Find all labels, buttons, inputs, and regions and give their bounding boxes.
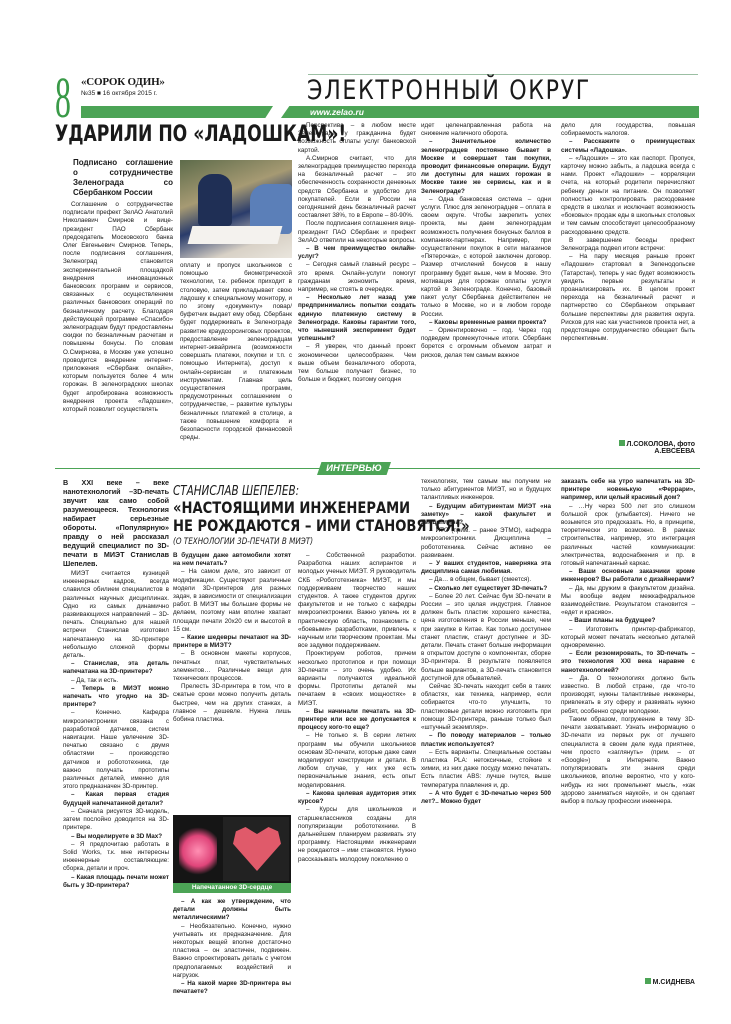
article2-text: Сейчас 3D-печать находит себя в таких об… bbox=[421, 683, 551, 732]
article2-question: – У ваших студентов, наверняка эта дисци… bbox=[421, 560, 551, 575]
article2-question: – Вы начинали печатать на 3D-принтере ил… bbox=[298, 708, 416, 731]
article2-question: – Теперь в МИЭТ можно напечать что угодн… bbox=[63, 685, 169, 708]
site-url[interactable]: www.zelao.ru bbox=[310, 106, 364, 118]
article1-text: Перспектива – в любом месте Зеленограда … bbox=[298, 122, 416, 155]
article2-text: – На самом деле, это зависит от модифика… bbox=[173, 568, 291, 634]
article2-text: Проектируем роботов, причем несколько пр… bbox=[298, 650, 416, 707]
interviewee-name: СТАНИСЛАВ ШЕПЕЛЕВ: bbox=[173, 484, 299, 499]
article2-column-3: – Собственной разработки. Разработка наш… bbox=[298, 552, 416, 1014]
article2-column-2-bottom: – А как же утверждение, что детали должн… bbox=[173, 898, 291, 1014]
article2-subheadline: (О ТЕХНОЛОГИИ 3D-ПЕЧАТИ В МИЭТ) bbox=[173, 537, 313, 547]
rubric-badge: ИНТЕРВЬЮ bbox=[317, 462, 391, 475]
masthead: «СОРОК ОДИН» №35 ■ 16 октября 2015 г. bbox=[81, 76, 165, 97]
article2-question: заказать себе на утро напечатать на 3D-п… bbox=[561, 478, 695, 501]
article2-text: – Да, так и есть. bbox=[63, 677, 169, 685]
article1-text: – На пару месяцев раньше проект «Ладошки… bbox=[561, 253, 695, 343]
article1-byline: Л.СОКОЛОВА, фото А.ЕВСЕЕВА bbox=[595, 440, 695, 455]
article1-text: оплату и пропуск школьников с помощью би… bbox=[180, 262, 292, 442]
article2-question: – Если резюмировать, то 3D-печать – это … bbox=[561, 650, 695, 673]
article1-text: – Ориентировочно – год. Через год подвед… bbox=[421, 327, 551, 360]
article2-text: технологиях, тем самым мы получим не тол… bbox=[421, 478, 551, 503]
article1-text: А.Смирнов считает, что для зеленоградцев… bbox=[298, 155, 416, 221]
photo-caption: Напечатанное 3D-сердце bbox=[173, 883, 291, 893]
article2-text: – Да. О технологиях должно быть известно… bbox=[561, 675, 695, 716]
photo-person-left bbox=[198, 174, 232, 226]
page-number: 8 bbox=[55, 70, 71, 126]
byline-square-icon bbox=[619, 440, 625, 446]
article2-question: – Ваши планы на будущее? bbox=[569, 617, 655, 624]
article2-question: – Какая площадь печати может быть у 3D-п… bbox=[63, 874, 169, 889]
article1-text: В завершение беседы префект Зеленограда … bbox=[561, 237, 695, 253]
article2-text: – ИТС (прим. – ранее ЭТМО), кафедра микр… bbox=[421, 527, 551, 560]
article2-text: – Да, мы дружим в факультетом дизайна. М… bbox=[561, 585, 695, 618]
article2-text: – В основном макеты корпусов, печатных п… bbox=[173, 650, 291, 683]
article1-text: – «Ладошки» – это как паспорт. Пропуск, … bbox=[561, 155, 695, 237]
byline-text: Л.СОКОЛОВА, фото А.ЕВСЕЕВА bbox=[627, 441, 695, 455]
issue-date: №35 ■ 16 октября 2015 г. bbox=[81, 90, 165, 97]
article2-question: – Вы моделируете в 3D Max? bbox=[71, 833, 162, 840]
article1-column-1: Подписано соглашение о сотрудничестве Зе… bbox=[63, 158, 173, 468]
article1-question: – Каковы временные рамки проекта? bbox=[429, 319, 546, 326]
article2-question: – А как же утверждение, что детали должн… bbox=[173, 898, 291, 921]
article2-question: – Какая первая стадия будущей напечатанн… bbox=[63, 791, 169, 806]
article1-text: Соглашение о сотрудничестве подписали пр… bbox=[63, 201, 173, 414]
printed-part-left bbox=[179, 823, 217, 879]
byline-square-icon bbox=[645, 978, 651, 984]
article1-column-3: Перспектива – в любом месте Зеленограда … bbox=[298, 122, 416, 467]
article1-text: дело для государства, повышая собираемос… bbox=[561, 122, 695, 138]
article2-text: – Курсы для школьников и старшекласснико… bbox=[298, 806, 416, 863]
article1-column-4: идет целенаправленная работа на снижение… bbox=[421, 122, 551, 467]
article2-question: – Будущим абитуриентам МИЭТ «на заметку»… bbox=[421, 503, 551, 526]
article2-text: – Необязательно. Конечно, нужно учитыват… bbox=[173, 923, 291, 980]
article1-column-5: дело для государства, повышая собираемос… bbox=[561, 122, 695, 440]
article2-text: – Изготовить принтер-фабрикатор, который… bbox=[561, 626, 695, 651]
article1-question: – Несколько лет назад уже предпринималис… bbox=[298, 294, 416, 342]
header-green-bar-left bbox=[81, 106, 273, 118]
article2-column-5: заказать себе на утро напечатать на 3D-п… bbox=[561, 478, 695, 976]
photo-documents bbox=[188, 226, 283, 244]
signing-photo bbox=[180, 160, 292, 258]
newspaper-page: 8 «СОРОК ОДИН» №35 ■ 16 октября 2015 г. … bbox=[55, 70, 700, 1020]
article2-lead: В XXI веке – веке нанотехнологий –3D-печ… bbox=[63, 478, 169, 568]
article2-text: – …Ну через 500 лет это слишком большой … bbox=[561, 503, 695, 569]
article2-question: – Станислав, эта деталь напечатана на 3D… bbox=[63, 660, 169, 675]
article1-text: идет целенаправленная работа на снижение… bbox=[421, 122, 551, 138]
article1-lead: Подписано соглашение о сотрудничестве Зе… bbox=[63, 158, 173, 198]
article2-text: – Собственной разработки. Разработка наш… bbox=[298, 552, 416, 650]
article2-question: – На какой марке 3D-принтера вы печатает… bbox=[173, 980, 291, 995]
article2-text: – Да… в общем, бывает (смеется). bbox=[421, 576, 551, 584]
article2-question: – Ваши основные заказчики кроме инженеро… bbox=[561, 568, 695, 583]
article2-text: – Есть варианты. Специальные составы пла… bbox=[421, 749, 551, 790]
paper-name: «СОРОК ОДИН» bbox=[81, 76, 165, 88]
article1-question: – Значительное количество зеленоградцев … bbox=[421, 138, 551, 194]
article2-text: – Конечно. Кафедра микроэлектроники связ… bbox=[63, 709, 169, 791]
article2-column-4: технологиях, тем самым мы получим не тол… bbox=[421, 478, 551, 1014]
article2-text: – Сначала рисуется 3D-модель, затем посл… bbox=[63, 808, 169, 833]
article1-question: – В чем преимущество онлайн-услуг? bbox=[298, 245, 416, 260]
article1-text: – Я уверен, что данный проект экономичес… bbox=[298, 343, 416, 384]
article2-text: Таким образом, погружение в тему 3D-печа… bbox=[561, 716, 695, 806]
article2-text: – Более 20 лет. Сейчас бум 3D-печати в Р… bbox=[421, 593, 551, 683]
article1-text: После подписания соглашения вице-президе… bbox=[298, 220, 416, 245]
article1-column-2: оплату и пропуск школьников с помощью би… bbox=[180, 262, 292, 467]
article2-question: – Сколько лет существует 3D-печать? bbox=[429, 585, 547, 592]
article1-text: – Сегодня самый главный ресурс – это вре… bbox=[298, 261, 416, 294]
article2-text: – Я предпочитаю работать в Solid Works, … bbox=[63, 841, 169, 874]
article2-column-1: В XXI веке – веке нанотехнологий –3D-печ… bbox=[63, 478, 169, 1014]
article2-text: Прелесть 3D-принтера в том, что в сжатые… bbox=[173, 683, 291, 724]
article1-text: – Одна банковская система – одни услуги.… bbox=[421, 196, 551, 319]
article2-column-2-top: В будущем даже автомобили хотят на нем п… bbox=[173, 552, 291, 814]
heart-3d-photo bbox=[173, 815, 291, 883]
article2-question: – Какие шедевры печатают на 3D-принтере … bbox=[173, 634, 291, 649]
article2-question: – Какова целевая аудитория этих курсов? bbox=[298, 790, 416, 805]
section-title: ЭЛЕКТРОННЫЙ ОКРУГ bbox=[307, 76, 591, 106]
byline-text: М.СИДНЕВА bbox=[653, 979, 695, 986]
article2-text: МИЭТ считается кузницей инженерных кадро… bbox=[63, 570, 169, 660]
article2-question: – По поводу материалов – только пластик … bbox=[421, 732, 551, 747]
article1-question: – Расскажите о преимуществах системы «Ла… bbox=[561, 138, 695, 153]
article2-text: – Не только я. В серии летних программ м… bbox=[298, 732, 416, 789]
article2-question: – А что будет с 3D-печатью через 500 лет… bbox=[421, 790, 551, 805]
article2-question: В будущем даже автомобили хотят на нем п… bbox=[173, 552, 291, 567]
article2-byline: М.СИДНЕВА bbox=[615, 978, 695, 986]
